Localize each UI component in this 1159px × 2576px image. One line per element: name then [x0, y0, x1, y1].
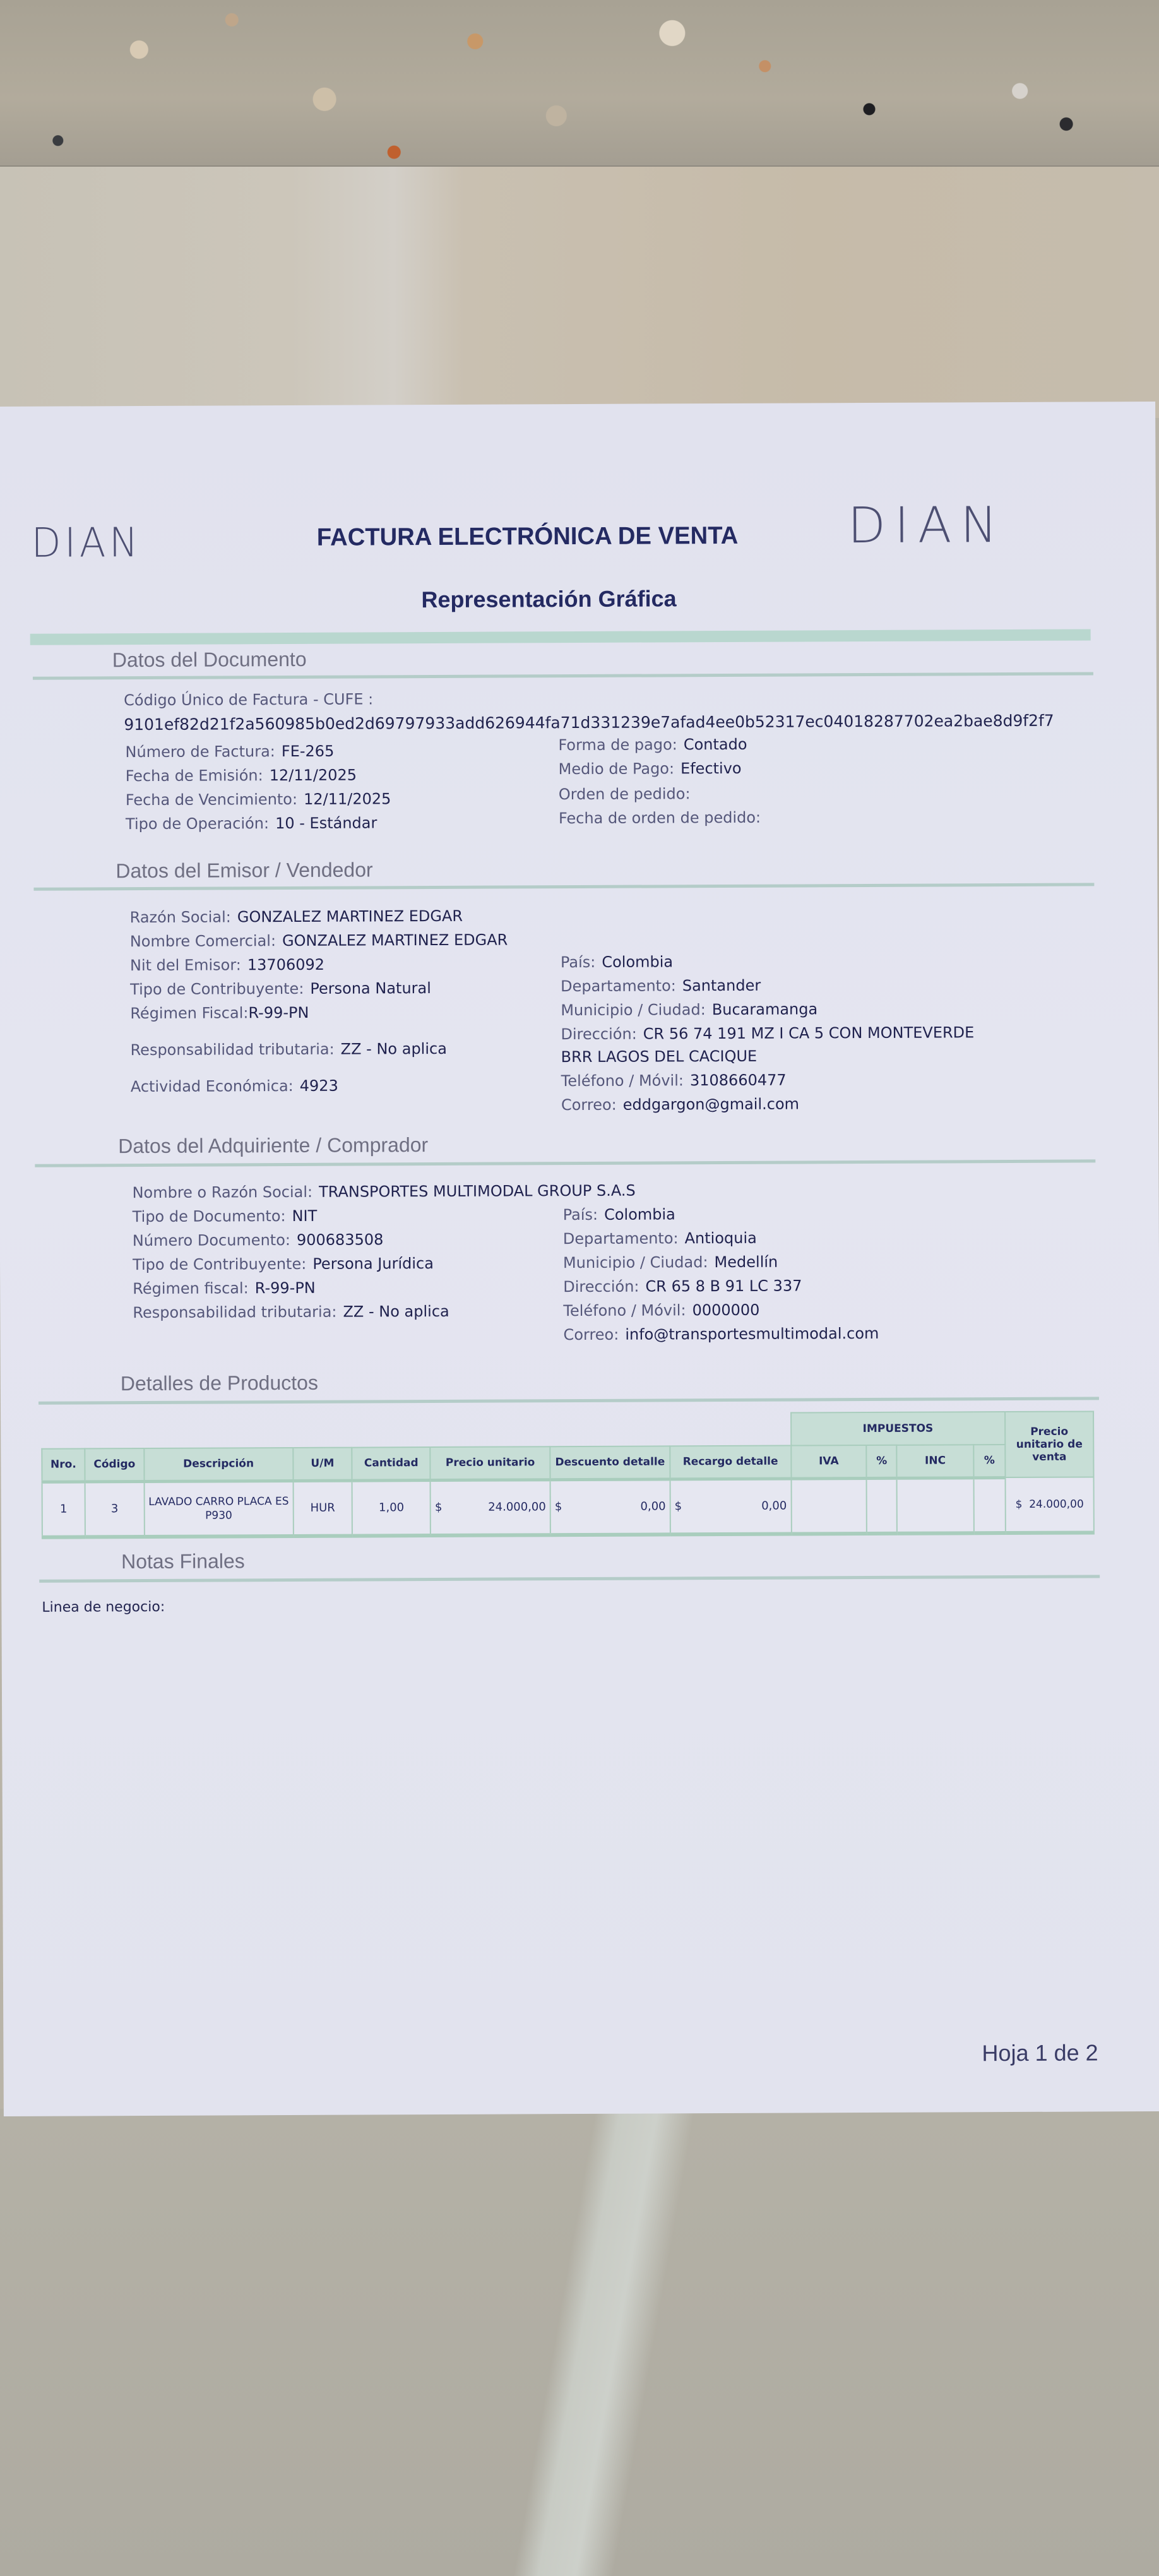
field-value: 4923	[300, 1077, 338, 1095]
field-value: R-99-PN	[248, 1004, 309, 1022]
field-numero-factura: Número de Factura:FE-265	[125, 742, 334, 761]
field-value: Persona Natural	[310, 979, 431, 998]
section-divider	[33, 883, 1094, 890]
field-value: eddgargon@gmail.com	[623, 1095, 799, 1113]
cufe-label: Código Único de Factura - CUFE :	[124, 690, 373, 709]
field-label: Forma de pago:	[558, 736, 677, 754]
field-emisor-correo: Correo:eddgargon@gmail.com	[561, 1095, 799, 1114]
cell-cantidad: 1,00	[352, 1480, 431, 1536]
cufe-value: 9101ef82d21f2a560985b0ed2d69797933add626…	[124, 712, 1054, 734]
col-precio-venta: Precio unitario de venta	[1005, 1411, 1093, 1477]
col-inc-pct: %	[973, 1445, 1005, 1477]
field-value: 900683508	[297, 1231, 384, 1249]
col-iva-pct: %	[867, 1445, 897, 1478]
field-label: Dirección:	[563, 1278, 639, 1296]
field-adq-correo: Correo:info@transportesmultimodal.com	[563, 1325, 879, 1344]
section-divider	[39, 1575, 1100, 1582]
field-adq-pais: País:Colombia	[563, 1205, 675, 1224]
col-descripcion: Descripción	[144, 1448, 293, 1481]
col-nro: Nro.	[42, 1448, 85, 1481]
col-iva: IVA	[791, 1445, 867, 1479]
field-adq-regimen-fiscal: Régimen fiscal:R-99-PN	[133, 1279, 316, 1297]
cell-descuento: $0,00	[550, 1479, 670, 1535]
field-label: Medio de Pago:	[559, 760, 675, 778]
field-label: Municipio / Ciudad:	[563, 1253, 708, 1272]
cell-nro: 1	[42, 1481, 85, 1537]
col-um: U/M	[293, 1448, 352, 1481]
field-label: Número Documento:	[133, 1231, 290, 1249]
table-group-header-row: IMPUESTOS Precio unitario de venta	[42, 1411, 1093, 1448]
field-label: Actividad Económica:	[131, 1077, 294, 1095]
cell-inc-pct	[974, 1477, 1006, 1533]
field-value: Efectivo	[681, 760, 742, 777]
products-table: IMPUESTOS Precio unitario de venta Nro. …	[41, 1410, 1095, 1539]
field-label: Teléfono / Móvil:	[561, 1071, 684, 1090]
field-label: Municipio / Ciudad:	[561, 1001, 706, 1019]
col-precio-unitario: Precio unitario	[431, 1446, 550, 1480]
field-adq-telefono: Teléfono / Móvil:0000000	[563, 1301, 759, 1320]
field-value: GONZALEZ MARTINEZ EDGAR	[237, 907, 463, 926]
field-label: Responsabilidad tributaria:	[133, 1303, 336, 1321]
field-label: Fecha de Vencimiento:	[126, 790, 297, 809]
amount: 24.000,00	[488, 1500, 546, 1513]
field-emisor-direccion: Dirección:CR 56 74 191 MZ I CA 5 CON MON…	[561, 1023, 974, 1043]
cell-iva	[791, 1478, 867, 1534]
field-label: País:	[561, 953, 595, 971]
cell-descripcion: LAVADO CARRO PLACA ES P930	[144, 1481, 293, 1537]
field-value: BRR LAGOS DEL CACIQUE	[561, 1047, 758, 1066]
field-label: Orden de pedido:	[559, 785, 691, 803]
field-medio-pago: Medio de Pago:Efectivo	[559, 760, 742, 778]
field-emisor-departamento: Departamento:Santander	[561, 977, 761, 995]
section-title-productos: Detalles de Productos	[121, 1371, 318, 1395]
field-label: Nit del Emisor:	[130, 956, 241, 974]
field-value: 13706092	[247, 956, 324, 974]
field-value: TRANSPORTES MULTIMODAL GROUP S.A.S	[319, 1182, 636, 1201]
field-label: Tipo de Operación:	[126, 814, 269, 833]
field-adq-numero-documento: Número Documento:900683508	[133, 1231, 384, 1249]
field-value: Antioquia	[685, 1229, 757, 1247]
field-adq-municipio: Municipio / Ciudad:Medellín	[563, 1253, 778, 1272]
field-tipo-operacion: Tipo de Operación:10 - Estándar	[126, 814, 377, 833]
currency-symbol: $	[435, 1501, 443, 1514]
field-label: Departamento:	[561, 977, 676, 995]
background-gravel	[0, 0, 1159, 165]
field-adq-tipo-documento: Tipo de Documento:NIT	[133, 1207, 318, 1225]
field-value: NIT	[292, 1207, 318, 1225]
field-label: Correo:	[561, 1096, 617, 1114]
field-adq-razon-social: Nombre o Razón Social:TRANSPORTES MULTIM…	[132, 1182, 635, 1202]
dian-logo-right: DIAN	[848, 497, 1006, 554]
field-adq-departamento: Departamento:Antioquia	[563, 1229, 757, 1248]
section-title-adquiriente: Datos del Adquiriente / Comprador	[118, 1133, 428, 1158]
field-value: ZZ - No aplica	[343, 1303, 449, 1321]
field-emisor-telefono: Teléfono / Móvil:3108660477	[561, 1071, 787, 1090]
field-label: Responsabilidad tributaria:	[130, 1041, 334, 1059]
field-label: Régimen fiscal:	[133, 1279, 249, 1297]
field-label: Correo:	[563, 1326, 619, 1344]
section-title-emisor: Datos del Emisor / Vendedor	[116, 858, 372, 883]
background-curb	[0, 165, 1159, 418]
field-value: Colombia	[602, 953, 673, 970]
cell-precio-venta: $ 24.000,00	[1005, 1477, 1093, 1533]
field-value: 10 - Estándar	[275, 814, 377, 832]
field-value: GONZALEZ MARTINEZ EDGAR	[282, 931, 508, 950]
field-adq-direccion: Dirección:CR 65 8 B 91 LC 337	[563, 1277, 802, 1296]
field-label: Nombre o Razón Social:	[132, 1183, 312, 1202]
field-value: Colombia	[604, 1205, 675, 1223]
col-descuento: Descuento detalle	[550, 1446, 670, 1479]
field-label: Departamento:	[563, 1229, 679, 1248]
col-cantidad: Cantidad	[352, 1447, 431, 1481]
field-value: FE-265	[282, 742, 335, 760]
section-title-notas: Notas Finales	[121, 1549, 245, 1573]
field-label: Régimen Fiscal:	[130, 1004, 248, 1022]
section-divider	[35, 1159, 1095, 1167]
field-orden-pedido: Orden de pedido:	[559, 785, 697, 803]
field-fecha-emision: Fecha de Emisión:12/11/2025	[126, 766, 357, 785]
cell-recargo: $0,00	[670, 1479, 791, 1535]
field-label: Dirección:	[561, 1025, 636, 1044]
col-group-impuestos: IMPUESTOS	[791, 1412, 1006, 1445]
cell-codigo: 3	[85, 1481, 144, 1537]
field-value: 3108660477	[690, 1071, 787, 1090]
cell-inc	[897, 1477, 974, 1534]
field-value: Santander	[682, 977, 761, 995]
col-inc: INC	[897, 1445, 974, 1478]
field-value: Medellín	[714, 1253, 778, 1271]
field-label: Tipo de Documento:	[133, 1207, 286, 1225]
dian-logo-left: DIAN	[31, 520, 141, 567]
cell-iva-pct	[867, 1478, 897, 1534]
field-label: Razón Social:	[130, 908, 231, 926]
field-fecha-vencimiento: Fecha de Vencimiento:12/11/2025	[126, 790, 391, 809]
field-label: Número de Factura:	[125, 742, 275, 761]
currency-symbol: $	[555, 1500, 562, 1513]
field-value: CR 56 74 191 MZ I CA 5 CON MONTEVERDE	[643, 1023, 975, 1042]
field-emisor-regimen-fiscal: Régimen Fiscal:R-99-PN	[130, 1004, 309, 1022]
section-divider	[33, 672, 1093, 679]
field-emisor-actividad: Actividad Económica:4923	[131, 1077, 338, 1095]
field-emisor-responsabilidad: Responsabilidad tributaria:ZZ - No aplic…	[130, 1040, 446, 1059]
field-label: País:	[563, 1206, 598, 1224]
section-title-documento: Datos del Documento	[112, 648, 307, 672]
cell-precio-unitario: $24.000,00	[431, 1479, 550, 1535]
field-value: 12/11/2025	[304, 790, 391, 808]
field-label: Fecha de orden de pedido:	[559, 809, 761, 827]
cell-um: HUR	[293, 1481, 352, 1536]
document-subtitle: Representación Gráfica	[421, 585, 676, 613]
field-fecha-orden-pedido: Fecha de orden de pedido:	[559, 809, 767, 827]
field-value: 12/11/2025	[270, 766, 357, 785]
col-recargo: Recargo detalle	[670, 1446, 791, 1479]
field-value: Persona Jurídica	[312, 1255, 434, 1273]
field-value: 0000000	[692, 1301, 759, 1319]
field-emisor-razon-social: Razón Social:GONZALEZ MARTINEZ EDGAR	[130, 907, 463, 926]
field-emisor-nombre-comercial: Nombre Comercial:GONZALEZ MARTINEZ EDGAR	[130, 931, 508, 950]
field-value: Contado	[684, 736, 747, 753]
field-emisor-municipio: Municipio / Ciudad:Bucaramanga	[561, 1000, 817, 1019]
field-label: Tipo de Contribuyente:	[130, 980, 304, 998]
field-label: Fecha de Emisión:	[126, 766, 263, 785]
table-header-row: Nro. Código Descripción U/M Cantidad Pre…	[42, 1444, 1093, 1481]
field-emisor-direccion-line2: BRR LAGOS DEL CACIQUE	[561, 1047, 758, 1066]
field-value: R-99-PN	[255, 1279, 316, 1297]
field-value: info@transportesmultimodal.com	[625, 1325, 879, 1344]
field-label: Tipo de Contribuyente:	[133, 1255, 306, 1273]
document-title: FACTURA ELECTRÓNICA DE VENTA	[317, 522, 739, 552]
field-emisor-nit: Nit del Emisor:13706092	[130, 956, 324, 974]
table-row: 1 3 LAVADO CARRO PLACA ES P930 HUR 1,00 …	[42, 1477, 1094, 1537]
invoice-paper: DIAN FACTURA ELECTRÓNICA DE VENTA DIAN R…	[0, 402, 1159, 2116]
field-value: Bucaramanga	[712, 1000, 818, 1018]
col-codigo: Código	[85, 1448, 144, 1481]
amount: 0,00	[761, 1500, 787, 1513]
field-value: CR 65 8 B 91 LC 337	[645, 1277, 802, 1295]
field-label: Teléfono / Móvil:	[563, 1301, 686, 1320]
field-emisor-tipo-contribuyente: Tipo de Contribuyente:Persona Natural	[130, 979, 431, 998]
field-label: Nombre Comercial:	[130, 932, 276, 950]
page-number: Hoja 1 de 2	[982, 2039, 1098, 2066]
header-accent-band	[30, 629, 1091, 645]
background-floor	[0, 2109, 1159, 2576]
section-divider	[39, 1397, 1099, 1404]
field-value: ZZ - No aplica	[341, 1040, 447, 1058]
field-adq-responsabilidad: Responsabilidad tributaria:ZZ - No aplic…	[133, 1303, 449, 1321]
field-forma-pago: Forma de pago:Contado	[558, 736, 747, 754]
field-emisor-pais: País:Colombia	[561, 953, 673, 971]
amount: 0,00	[640, 1500, 665, 1513]
linea-negocio-label: Linea de negocio:	[42, 1599, 165, 1616]
field-adq-tipo-contribuyente: Tipo de Contribuyente:Persona Jurídica	[133, 1255, 434, 1273]
currency-symbol: $	[675, 1500, 682, 1513]
